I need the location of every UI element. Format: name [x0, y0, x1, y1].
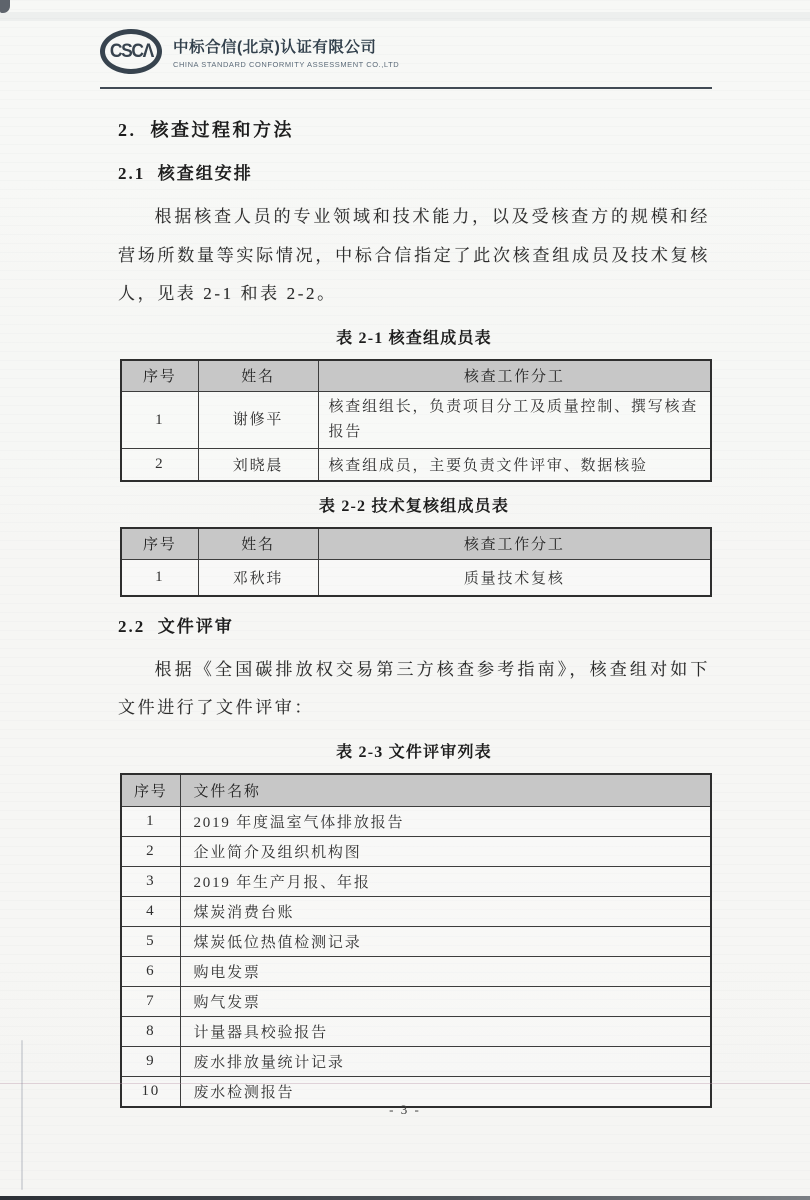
column-header: 核查工作分工 [318, 528, 711, 560]
table-cell-document: 煤炭消费台账 [180, 897, 711, 927]
company-name-block: 中标合信(北京)认证有限公司 CHINA STANDARD CONFORMITY… [173, 35, 399, 69]
column-header: 核查工作分工 [318, 360, 711, 392]
table-row: 2 企业简介及组织机构图 [121, 837, 711, 867]
table-cell-index: 8 [121, 1017, 180, 1047]
scanned-report-page: CSCΛ 中标合信(北京)认证有限公司 CHINA STANDARD CONFO… [0, 0, 810, 1200]
table-header-row: 序号 姓名 核查工作分工 [121, 360, 711, 392]
table-2-3-document-review-list: 序号 文件名称 1 2019 年度温室气体排放报告 2 企业简介及组织机构图 3… [120, 773, 712, 1108]
section-title-2: 2. 核查过程和方法 [118, 116, 710, 144]
table-cell-document: 煤炭低位热值检测记录 [180, 927, 711, 957]
section-title-2-1: 2.1 核查组安排 [118, 161, 710, 187]
table-cell-document: 计量器具校验报告 [180, 1017, 711, 1047]
table-cell-index: 7 [121, 987, 180, 1017]
table-row: 8 计量器具校验报告 [121, 1017, 711, 1047]
letterhead: CSCΛ 中标合信(北京)认证有限公司 CHINA STANDARD CONFO… [100, 29, 399, 74]
table-header-row: 序号 文件名称 [121, 774, 711, 807]
document-body: 2. 核查过程和方法 2.1 核查组安排 根据核查人员的专业领域和技术能力，以及… [118, 108, 710, 1108]
column-header: 序号 [121, 528, 198, 560]
table-cell-index: 9 [121, 1047, 180, 1077]
table-cell-index: 2 [121, 837, 180, 867]
table-cell-document: 购电发票 [180, 957, 711, 987]
table-cell-index: 1 [121, 392, 198, 449]
table-cell-role: 核查组组长，负责项目分工及质量控制、撰写核查报告 [318, 392, 711, 449]
table-cell-index: 3 [121, 867, 180, 897]
table-cell-role: 核查组成员，主要负责文件评审、数据核验 [318, 449, 711, 481]
scan-band [0, 12, 810, 21]
column-header: 姓名 [198, 360, 318, 392]
table-row: 9 废水排放量统计记录 [121, 1047, 711, 1077]
table-cell-document: 购气发票 [180, 987, 711, 1017]
table-cell-document: 废水排放量统计记录 [180, 1047, 711, 1077]
table-row: 6 购电发票 [121, 957, 711, 987]
column-header: 姓名 [198, 528, 318, 560]
table-row: 4 煤炭消费台账 [121, 897, 711, 927]
table-cell-name: 刘晓晨 [198, 449, 318, 481]
scan-edge [0, 1196, 810, 1200]
table-cell-index: 4 [121, 897, 180, 927]
company-name-zh: 中标合信(北京)认证有限公司 [173, 35, 399, 57]
csca-logo-text: CSCΛ [109, 41, 152, 63]
section-title-2-2: 2.2 文件评审 [118, 614, 710, 640]
table-header-row: 序号 姓名 核查工作分工 [121, 528, 711, 560]
csca-logo-icon: CSCΛ [100, 29, 162, 74]
paragraph-document-review: 根据《全国碳排放权交易第三方核查参考指南》，核查组对如下文件进行了文件评审： [118, 651, 710, 728]
table-2-1-verification-team: 序号 姓名 核查工作分工 1 谢修平 核查组组长，负责项目分工及质量控制、撰写核… [120, 359, 712, 482]
table-row: 1 邓秋玮 质量技术复核 [121, 560, 711, 596]
letterhead-divider [100, 87, 712, 89]
table-cell-document: 企业简介及组织机构图 [180, 837, 711, 867]
scan-faint-line [0, 1083, 810, 1084]
table-2-2-technical-review-team: 序号 姓名 核查工作分工 1 邓秋玮 质量技术复核 [120, 527, 712, 597]
company-name-en: CHINA STANDARD CONFORMITY ASSESSMENT CO.… [173, 60, 399, 69]
page-number: - 3 - [0, 1102, 810, 1118]
paragraph-verification-team: 根据核查人员的专业领域和技术能力，以及受核查方的规模和经营场所数量等实际情况，中… [118, 198, 710, 314]
table-cell-name: 谢修平 [198, 392, 318, 449]
table-cell-role: 质量技术复核 [318, 560, 711, 596]
table-cell-index: 1 [121, 807, 180, 837]
table-cell-document: 2019 年生产月报、年报 [180, 867, 711, 897]
table-cell-document: 2019 年度温室气体排放报告 [180, 807, 711, 837]
column-header: 序号 [121, 360, 198, 392]
table-row: 2 刘晓晨 核查组成员，主要负责文件评审、数据核验 [121, 449, 711, 481]
table-2-1-caption: 表 2-1 核查组成员表 [118, 327, 710, 351]
table-row: 5 煤炭低位热值检测记录 [121, 927, 711, 957]
table-cell-index: 6 [121, 957, 180, 987]
table-row: 1 2019 年度温室气体排放报告 [121, 807, 711, 837]
table-cell-index: 2 [121, 449, 198, 481]
table-2-2-caption: 表 2-2 技术复核组成员表 [118, 495, 710, 519]
table-cell-name: 邓秋玮 [198, 560, 318, 596]
column-header: 文件名称 [180, 774, 711, 807]
column-header: 序号 [121, 774, 180, 807]
table-cell-index: 5 [121, 927, 180, 957]
table-row: 1 谢修平 核查组组长，负责项目分工及质量控制、撰写核查报告 [121, 392, 711, 449]
table-row: 3 2019 年生产月报、年报 [121, 867, 711, 897]
table-cell-index: 1 [121, 560, 198, 596]
table-2-3-caption: 表 2-3 文件评审列表 [118, 741, 710, 765]
table-row: 7 购气发票 [121, 987, 711, 1017]
